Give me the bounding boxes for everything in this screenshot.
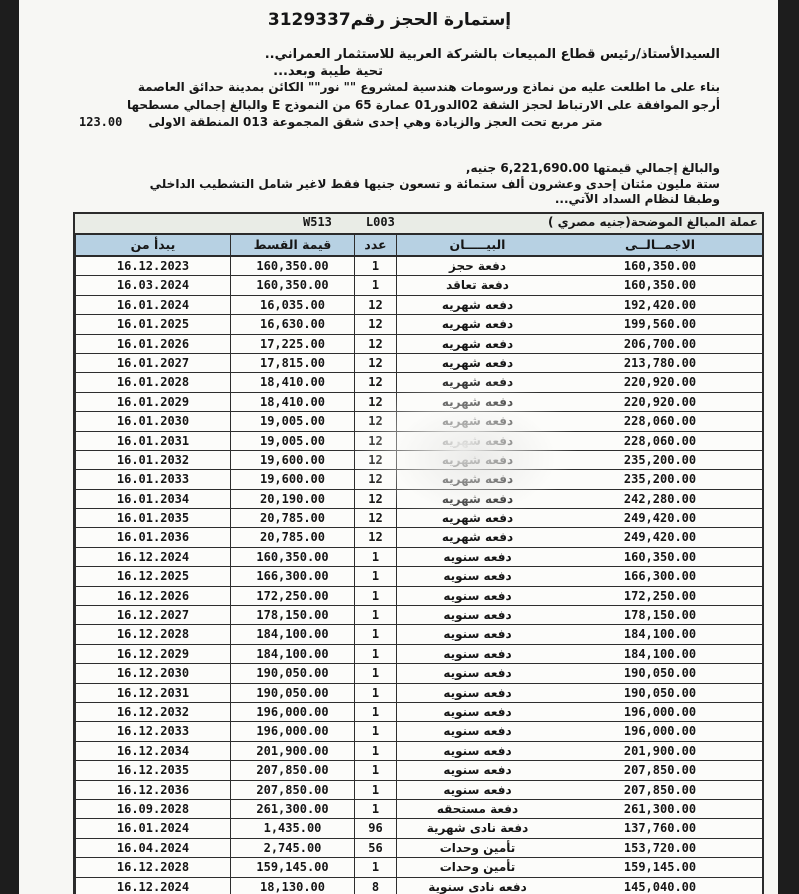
table-row: 16.12.2028184,100.001دفعه سنويه184,100.0…: [75, 625, 762, 644]
description-cell: دفعه نادى سنوية: [396, 878, 558, 894]
total-cell: 160,350.00: [558, 548, 762, 566]
count-cell: 12: [354, 470, 396, 488]
count-cell: 1: [354, 722, 396, 740]
total-cell: 178,150.00: [558, 606, 762, 624]
table-row: 16.01.203620,785.0012دفعه شهريه249,420.0…: [75, 528, 762, 547]
start-date-cell: 16.01.2032: [75, 451, 230, 469]
total-cell: 199,560.00: [558, 315, 762, 333]
table-row: 16.01.203219,600.0012دفعه شهريه235,200.0…: [75, 451, 762, 470]
installment-value-cell: 19,005.00: [230, 432, 354, 450]
total-cell: 159,145.00: [558, 858, 762, 876]
description-cell: دفعه شهريه: [396, 373, 558, 391]
installment-value-cell: 159,145.00: [230, 858, 354, 876]
start-date-cell: 16.12.2033: [75, 722, 230, 740]
total-cell: 184,100.00: [558, 645, 762, 663]
start-date-cell: 16.12.2025: [75, 567, 230, 585]
table-header-row: يبدأ من قيمة القسط عدد البيـــــان الاجم…: [75, 235, 762, 257]
table-row: 16.12.2030190,050.001دفعه سنويه190,050.0…: [75, 664, 762, 683]
installment-value-cell: 19,600.00: [230, 451, 354, 469]
installment-value-cell: 207,850.00: [230, 781, 354, 799]
form-title: إستمارة الحجز رقم3129337: [59, 6, 720, 30]
count-cell: 12: [354, 393, 396, 411]
count-cell: 12: [354, 373, 396, 391]
count-cell: 1: [354, 548, 396, 566]
installment-value-cell: 20,785.00: [230, 509, 354, 527]
description-cell: دفعه سنويه: [396, 567, 558, 585]
description-cell: دفعه سنويه: [396, 625, 558, 643]
start-date-cell: 16.09.2028: [75, 800, 230, 818]
installment-value-cell: 16,035.00: [230, 296, 354, 314]
description-cell: دفعه سنويه: [396, 781, 558, 799]
start-date-cell: 16.01.2024: [75, 819, 230, 837]
count-cell: 12: [354, 451, 396, 469]
installment-value-cell: 190,050.00: [230, 684, 354, 702]
table-row: 16.01.203119,005.0012دفعه شهريه228,060.0…: [75, 432, 762, 451]
description-cell: دفعه شهريه: [396, 354, 558, 372]
total-cell: 213,780.00: [558, 354, 762, 372]
description-cell: دفعه سنويه: [396, 761, 558, 779]
table-codes: W513L003: [303, 215, 395, 229]
start-date-cell: 16.12.2036: [75, 781, 230, 799]
installment-value-cell: 207,850.00: [230, 761, 354, 779]
start-date-cell: 16.12.2035: [75, 761, 230, 779]
table-row: 16.12.2023160,350.001دفعة حجز160,350.00: [75, 257, 762, 276]
table-row: 16.12.2032196,000.001دفعه سنويه196,000.0…: [75, 703, 762, 722]
total-cell: 196,000.00: [558, 722, 762, 740]
scan-edge-left: [0, 0, 19, 894]
count-cell: 1: [354, 587, 396, 605]
schedule-rows: 16.12.2023160,350.001دفعة حجز160,350.001…: [75, 257, 762, 894]
area-value: 123.00: [79, 115, 122, 129]
start-date-cell: 16.12.2028: [75, 858, 230, 876]
greeting-line: تحية طيبة وبعد...: [59, 64, 383, 79]
count-cell: 1: [354, 257, 396, 275]
table-row: 16.01.203520,785.0012دفعه شهريه249,420.0…: [75, 509, 762, 528]
table-row: 16.12.2034201,900.001دفعه سنويه201,900.0…: [75, 742, 762, 761]
scanned-reservation-form: إستمارة الحجز رقم3129337 السيدالأستاذ/رئ…: [0, 0, 799, 894]
currency-note: عملة المبالغ الموضحة(جنيه مصري ): [548, 215, 758, 229]
total-cell: 261,300.00: [558, 800, 762, 818]
count-cell: 1: [354, 742, 396, 760]
table-row: 16.12.2025166,300.001دفعه سنويه166,300.0…: [75, 567, 762, 586]
total-cell: 249,420.00: [558, 509, 762, 527]
count-cell: 56: [354, 839, 396, 857]
start-date-cell: 16.01.2036: [75, 528, 230, 546]
start-date-cell: 16.12.2032: [75, 703, 230, 721]
count-cell: 12: [354, 335, 396, 353]
table-row: 16.04.20242,745.0056تأمين وحدات153,720.0…: [75, 839, 762, 858]
installment-value-cell: 184,100.00: [230, 645, 354, 663]
start-date-cell: 16.12.2028: [75, 625, 230, 643]
installment-value-cell: 261,300.00: [230, 800, 354, 818]
description-cell: دفعه شهريه: [396, 412, 558, 430]
installment-value-cell: 190,050.00: [230, 664, 354, 682]
column-header-total: الاجمــالــى: [558, 235, 762, 255]
start-date-cell: 16.01.2028: [75, 373, 230, 391]
body-line-1: بناء على ما اطلعت عليه من نماذج ورسومات …: [59, 79, 720, 97]
installment-value-cell: 160,350.00: [230, 548, 354, 566]
count-cell: 1: [354, 858, 396, 876]
start-date-cell: 16.01.2034: [75, 490, 230, 508]
total-cell: 201,900.00: [558, 742, 762, 760]
table-row: 16.01.202617,225.0012دفعه شهريه206,700.0…: [75, 335, 762, 354]
column-header-description: البيـــــان: [396, 235, 558, 255]
installment-value-cell: 184,100.00: [230, 625, 354, 643]
installment-value-cell: 17,225.00: [230, 335, 354, 353]
count-cell: 1: [354, 276, 396, 294]
total-cell: 153,720.00: [558, 839, 762, 857]
total-cell: 145,040.00: [558, 878, 762, 894]
description-cell: تأمين وحدات: [396, 839, 558, 857]
start-date-cell: 16.12.2024: [75, 878, 230, 894]
count-cell: 12: [354, 490, 396, 508]
total-cell: 196,000.00: [558, 703, 762, 721]
document-page: إستمارة الحجز رقم3129337 السيدالأستاذ/رئ…: [19, 0, 778, 894]
description-cell: دفعه سنويه: [396, 742, 558, 760]
installment-value-cell: 19,005.00: [230, 412, 354, 430]
description-cell: دفعه سنويه: [396, 587, 558, 605]
description-cell: دفعة مستحقه: [396, 800, 558, 818]
total-cell: 235,200.00: [558, 470, 762, 488]
start-date-cell: 16.12.2026: [75, 587, 230, 605]
description-cell: دفعه سنويه: [396, 703, 558, 721]
start-date-cell: 16.03.2024: [75, 276, 230, 294]
installment-value-cell: 16,630.00: [230, 315, 354, 333]
count-cell: 1: [354, 625, 396, 643]
payment-schedule-table: W513L003 عملة المبالغ الموضحة(جنيه مصري …: [73, 212, 764, 894]
table-row: 16.12.2028159,145.001تأمين وحدات159,145.…: [75, 858, 762, 877]
count-cell: 1: [354, 800, 396, 818]
table-row: 16.01.203019,005.0012دفعه شهريه228,060.0…: [75, 412, 762, 431]
table-row: 16.01.202918,410.0012دفعه شهريه220,920.0…: [75, 393, 762, 412]
installment-value-cell: 178,150.00: [230, 606, 354, 624]
installment-value-cell: 20,785.00: [230, 528, 354, 546]
installment-value-cell: 18,410.00: [230, 393, 354, 411]
start-date-cell: 16.01.2031: [75, 432, 230, 450]
total-cell: 190,050.00: [558, 684, 762, 702]
installment-value-cell: 18,410.00: [230, 373, 354, 391]
start-date-cell: 16.01.2033: [75, 470, 230, 488]
table-row: 16.01.202416,035.0012دفعه شهريه192,420.0…: [75, 296, 762, 315]
installment-value-cell: 196,000.00: [230, 703, 354, 721]
table-row: 16.01.203420,190.0012دفعه شهريه242,280.0…: [75, 490, 762, 509]
start-date-cell: 16.01.2027: [75, 354, 230, 372]
table-row: 16.12.2026172,250.001دفعه سنويه172,250.0…: [75, 587, 762, 606]
total-cell: 166,300.00: [558, 567, 762, 585]
start-date-cell: 16.12.2029: [75, 645, 230, 663]
count-cell: 8: [354, 878, 396, 894]
total-cell: 242,280.00: [558, 490, 762, 508]
start-date-cell: 16.12.2023: [75, 257, 230, 275]
description-cell: دفعه شهريه: [396, 315, 558, 333]
installment-value-cell: 2,745.00: [230, 839, 354, 857]
description-cell: دفعة تعاقد: [396, 276, 558, 294]
count-cell: 1: [354, 664, 396, 682]
total-cell: 192,420.00: [558, 296, 762, 314]
start-date-cell: 16.01.2025: [75, 315, 230, 333]
description-cell: دفعه شهريه: [396, 335, 558, 353]
installment-value-cell: 1,435.00: [230, 819, 354, 837]
count-cell: 1: [354, 567, 396, 585]
table-row: 16.12.2031190,050.001دفعه سنويه190,050.0…: [75, 684, 762, 703]
description-cell: دفعه شهريه: [396, 451, 558, 469]
description-cell: دفعه سنويه: [396, 664, 558, 682]
total-cell: 160,350.00: [558, 276, 762, 294]
count-cell: 1: [354, 645, 396, 663]
installment-value-cell: 17,815.00: [230, 354, 354, 372]
table-row: 16.12.2029184,100.001دفعه سنويه184,100.0…: [75, 645, 762, 664]
table-row: 16.12.2024160,350.001دفعه سنويه160,350.0…: [75, 548, 762, 567]
count-cell: 96: [354, 819, 396, 837]
description-cell: دفعه شهريه: [396, 470, 558, 488]
start-date-cell: 16.12.2027: [75, 606, 230, 624]
description-cell: دفعه شهريه: [396, 432, 558, 450]
area-description: متر مربع تحت العجز والزيادة وهي إحدى شقق…: [148, 115, 602, 129]
column-header-count: عدد: [354, 235, 396, 255]
total-cell: 190,050.00: [558, 664, 762, 682]
count-cell: 12: [354, 528, 396, 546]
total-cell: 184,100.00: [558, 625, 762, 643]
body-line-3: 123.00متر مربع تحت العجز والزيادة وهي إح…: [59, 114, 720, 132]
count-cell: 12: [354, 315, 396, 333]
count-cell: 12: [354, 412, 396, 430]
table-row: 16.01.20241,435.0096دفعة نادى شهرية137,7…: [75, 819, 762, 838]
table-row: 16.01.202717,815.0012دفعه شهريه213,780.0…: [75, 354, 762, 373]
total-cell: 160,350.00: [558, 257, 762, 275]
count-cell: 1: [354, 606, 396, 624]
total-cell: 207,850.00: [558, 761, 762, 779]
description-cell: دفعه سنويه: [396, 548, 558, 566]
installment-value-cell: 18,130.00: [230, 878, 354, 894]
start-date-cell: 16.12.2024: [75, 548, 230, 566]
description-cell: دفعة نادى شهرية: [396, 819, 558, 837]
start-date-cell: 16.12.2030: [75, 664, 230, 682]
total-cell: 206,700.00: [558, 335, 762, 353]
table-row: 16.12.2027178,150.001دفعه سنويه178,150.0…: [75, 606, 762, 625]
total-cell: 220,920.00: [558, 393, 762, 411]
start-date-cell: 16.01.2029: [75, 393, 230, 411]
installment-value-cell: 19,600.00: [230, 470, 354, 488]
start-date-cell: 16.12.2031: [75, 684, 230, 702]
description-cell: دفعه سنويه: [396, 606, 558, 624]
installment-value-cell: 201,900.00: [230, 742, 354, 760]
total-price-line: والبالغ إجمالي قيمتها 6,221,690.00 جنيه,: [59, 160, 720, 176]
description-cell: دفعه شهريه: [396, 296, 558, 314]
description-cell: دفعه سنويه: [396, 645, 558, 663]
total-cell: 249,420.00: [558, 528, 762, 546]
table-row: 16.01.203319,600.0012دفعه شهريه235,200.0…: [75, 470, 762, 489]
start-date-cell: 16.01.2026: [75, 335, 230, 353]
description-cell: دفعه شهريه: [396, 509, 558, 527]
table-row: 16.09.2028261,300.001دفعة مستحقه261,300.…: [75, 800, 762, 819]
total-cell: 207,850.00: [558, 781, 762, 799]
total-cell: 137,760.00: [558, 819, 762, 837]
table-row: 16.01.202818,410.0012دفعه شهريه220,920.0…: [75, 373, 762, 392]
table-row: 16.12.202418,130.008دفعه نادى سنوية145,0…: [75, 878, 762, 894]
description-cell: دفعة حجز: [396, 257, 558, 275]
start-date-cell: 16.12.2034: [75, 742, 230, 760]
table-row: 16.01.202516,630.0012دفعه شهريه199,560.0…: [75, 315, 762, 334]
total-cell: 220,920.00: [558, 373, 762, 391]
start-date-cell: 16.01.2030: [75, 412, 230, 430]
body-line-2: أرجو الموافقة على الارتباط لحجز الشقة 02…: [59, 97, 720, 115]
count-cell: 1: [354, 703, 396, 721]
code-w: W513: [303, 215, 332, 229]
description-cell: دفعه شهريه: [396, 490, 558, 508]
description-cell: دفعه سنويه: [396, 684, 558, 702]
description-cell: دفعه شهريه: [396, 528, 558, 546]
total-cell: 235,200.00: [558, 451, 762, 469]
start-date-cell: 16.04.2024: [75, 839, 230, 857]
installment-value-cell: 172,250.00: [230, 587, 354, 605]
count-cell: 12: [354, 354, 396, 372]
description-cell: تأمين وحدات: [396, 858, 558, 876]
start-date-cell: 16.01.2024: [75, 296, 230, 314]
amount-in-words-line: ستة مليون مئتان إحدى وعشرون ألف ستمائة و…: [59, 176, 720, 192]
count-cell: 1: [354, 761, 396, 779]
count-cell: 12: [354, 296, 396, 314]
table-row: 16.12.2035207,850.001دفعه سنويه207,850.0…: [75, 761, 762, 780]
installment-value-cell: 166,300.00: [230, 567, 354, 585]
installment-value-cell: 196,000.00: [230, 722, 354, 740]
total-cell: 228,060.00: [558, 432, 762, 450]
total-cell: 228,060.00: [558, 412, 762, 430]
total-cell: 172,250.00: [558, 587, 762, 605]
table-row: 16.12.2036207,850.001دفعه سنويه207,850.0…: [75, 781, 762, 800]
description-cell: دفعه سنويه: [396, 722, 558, 740]
column-header-start-date: يبدأ من: [75, 235, 230, 255]
table-row: 16.03.2024160,350.001دفعة تعاقد160,350.0…: [75, 276, 762, 295]
installment-value-cell: 160,350.00: [230, 276, 354, 294]
currency-note-row: W513L003 عملة المبالغ الموضحة(جنيه مصري …: [75, 214, 762, 235]
scan-edge-right: [778, 0, 799, 894]
installment-value-cell: 160,350.00: [230, 257, 354, 275]
column-header-installment: قيمة القسط: [230, 235, 354, 255]
count-cell: 12: [354, 432, 396, 450]
installment-value-cell: 20,190.00: [230, 490, 354, 508]
table-row: 16.12.2033196,000.001دفعه سنويه196,000.0…: [75, 722, 762, 741]
count-cell: 1: [354, 781, 396, 799]
payment-plan-intro-line: وطبقا لنظام السداد الآتي...: [59, 192, 720, 207]
addressee-line: السيدالأستاذ/رئيس قطاع المبيعات بالشركة …: [59, 47, 720, 62]
count-cell: 1: [354, 684, 396, 702]
code-l: L003: [366, 215, 395, 229]
count-cell: 12: [354, 509, 396, 527]
start-date-cell: 16.01.2035: [75, 509, 230, 527]
document-content: إستمارة الحجز رقم3129337 السيدالأستاذ/رئ…: [19, 0, 778, 207]
description-cell: دفعه شهريه: [396, 393, 558, 411]
